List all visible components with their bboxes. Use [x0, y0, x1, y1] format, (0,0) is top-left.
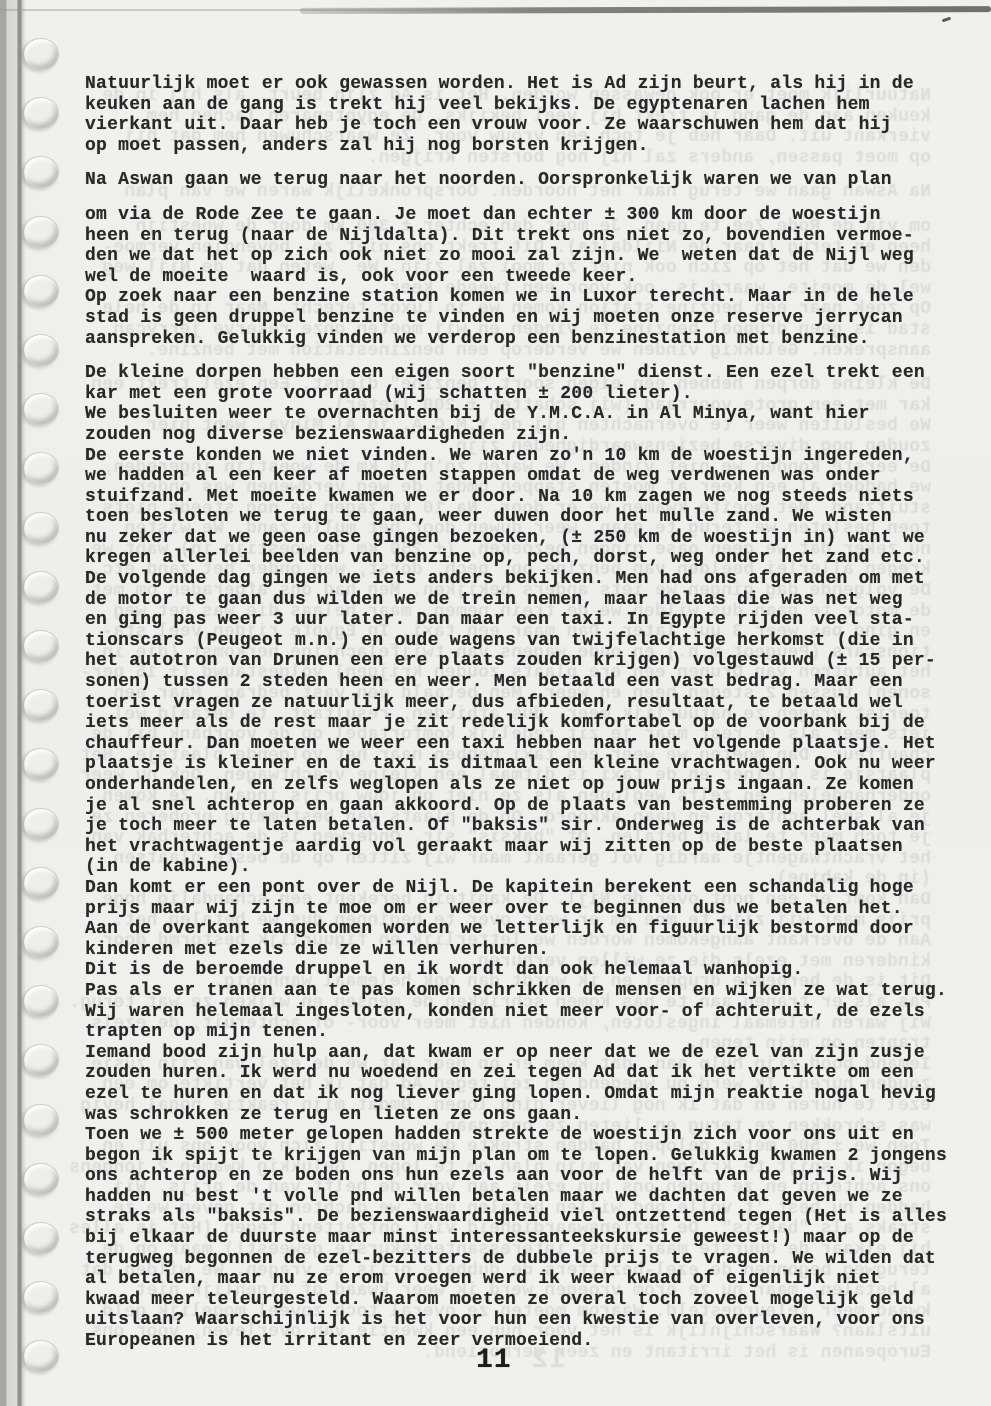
- text-line: kregen allerlei beelden van benzine op, …: [85, 548, 965, 569]
- text-line: stad is geen druppel benzine te vinden e…: [85, 308, 965, 329]
- text-line: hadden nu best 't volle pnd willen betal…: [85, 1187, 965, 1208]
- text-line: Op zoek naar een benzine station komen w…: [85, 287, 965, 308]
- binder-hole: [23, 1104, 59, 1136]
- text-line: was schrokken ze terug en lieten ze ons …: [85, 1105, 965, 1126]
- text-line: toen besloten we terug te gaan, weer duw…: [85, 507, 965, 528]
- text-line: prijs maar wij zijn te moe om er weer ov…: [85, 899, 965, 920]
- blank-line: [85, 349, 965, 363]
- binder-hole: [23, 571, 59, 603]
- text-line: chauffeur. Dan moeten we weer een taxi h…: [85, 734, 965, 755]
- text-line: Dit is de beroemde druppel en ik wordt d…: [85, 960, 965, 981]
- binder-hole: [23, 275, 59, 307]
- page-number: 11: [476, 1346, 512, 1376]
- typewritten-text: Natuurlijk moet er ook gewassen worden. …: [85, 74, 965, 1352]
- text-line: ezel te huren en dat ik nog liever ging …: [85, 1084, 965, 1105]
- text-line: Na Aswan gaan we terug naar het noorden.…: [85, 170, 965, 191]
- text-line: het vrachtwagentje aardig vol geraakt ma…: [85, 837, 965, 858]
- binder-hole: [23, 393, 59, 425]
- text-line: (in de kabine).: [85, 857, 965, 878]
- text-line: je toch meer te laten betalen. Of "baksi…: [85, 816, 965, 837]
- text-line: Europeanen is het irritant en zeer vermo…: [85, 1331, 965, 1352]
- text-line: nu zeker dat we geen oase gingen bezoeke…: [85, 528, 965, 549]
- scanned-page: Natuurlijk moet er ook gewassen worden. …: [0, 0, 991, 1406]
- text-line: aanspreken. Gelukkig vinden we verderop …: [85, 329, 965, 350]
- binder-hole: [23, 748, 59, 780]
- binder-holes: [23, 0, 63, 1406]
- text-line: plaatsje is kleiner en de taxi is ditmaa…: [85, 754, 965, 775]
- text-line: sonen) tussen 2 steden heen en weer. Men…: [85, 672, 965, 693]
- text-line: Iemand bood zijn hulp aan, dat kwam er o…: [85, 1043, 965, 1064]
- text-line: Natuurlijk moet er ook gewassen worden. …: [85, 74, 965, 95]
- text-line: keuken aan de gang is trekt hij veel bek…: [85, 95, 965, 116]
- binder-hole: [23, 808, 59, 840]
- text-line: De kleine dorpen hebben een eigen soort …: [85, 363, 965, 384]
- text-line: toerist vragen ze natuurlijk meer, dus a…: [85, 693, 965, 714]
- text-line: Pas als er tranen aan te pas komen schri…: [85, 981, 965, 1002]
- binder-hole: [23, 867, 59, 899]
- binder-hole: [23, 630, 59, 662]
- text-line: bij elkaar de duurste maar minst interes…: [85, 1228, 965, 1249]
- text-line: De eerste konden we niet vinden. We ware…: [85, 446, 965, 467]
- text-line: uitslaan? Waarschijnlijk is het voor hun…: [85, 1310, 965, 1331]
- binder-hole: [23, 985, 59, 1017]
- text-line: op moet passen, anders zal hij nog borst…: [85, 136, 965, 157]
- text-line: het autotron van Drunen een ere plaats z…: [85, 651, 965, 672]
- binder-hole: [23, 97, 59, 129]
- text-line: ons achterop en ze boden ons hun ezels a…: [85, 1166, 965, 1187]
- text-line: en ging pas weer 3 uur later. Dan maar e…: [85, 610, 965, 631]
- binder-hole: [23, 1044, 59, 1076]
- scan-top-edge-shadow: [300, 6, 991, 14]
- text-line: Toen we ± 500 meter gelopen hadden strek…: [85, 1125, 965, 1146]
- binder-hole: [23, 334, 59, 366]
- scan-left-edge: [0, 0, 26, 1406]
- binder-hole: [23, 156, 59, 188]
- text-line: wel de moeite waard is, ook voor een twe…: [85, 267, 965, 288]
- text-line: Aan de overkant aangekomen worden we let…: [85, 919, 965, 940]
- binder-hole: [23, 1222, 59, 1254]
- text-line: den we dat het op zich ook niet zo mooi …: [85, 246, 965, 267]
- text-line: heen en terug (naar de Nijldalta). Dit t…: [85, 226, 965, 247]
- text-line: De volgende dag gingen we iets anders be…: [85, 569, 965, 590]
- text-line: Dan komt er een pont over de Nijl. De ka…: [85, 878, 965, 899]
- binder-hole: [23, 452, 59, 484]
- text-line: trapten op mijn tenen.: [85, 1022, 965, 1043]
- text-line: zouden nog diverse bezienswaardigheden z…: [85, 425, 965, 446]
- text-line: kwaad meer teleurgesteld. Waarom moeten …: [85, 1290, 965, 1311]
- binder-hole: [23, 512, 59, 544]
- text-line: al betalen, maar nu ze erom vroegen werd…: [85, 1269, 965, 1290]
- text-line: zouden huren. Ik werd nu woedend en zei …: [85, 1063, 965, 1084]
- binder-hole: [23, 1163, 59, 1195]
- binder-hole: [23, 38, 59, 70]
- binder-hole: [23, 926, 59, 958]
- text-line: terugweg begonnen de ezel-bezitters de d…: [85, 1249, 965, 1270]
- text-line: begon ik spijt te krijgen van mijn plan …: [85, 1146, 965, 1167]
- binder-hole: [23, 689, 59, 721]
- text-line: kar met een grote voorraad (wij schatten…: [85, 384, 965, 405]
- text-line: de motor te gaan dus wilden we de trein …: [85, 590, 965, 611]
- text-line: We besluiten weer te overnachten bij de …: [85, 404, 965, 425]
- scan-speck: [942, 17, 951, 23]
- binder-hole: [23, 216, 59, 248]
- text-line: straks als "baksis". De bezienswaardighe…: [85, 1207, 965, 1228]
- blank-line: [85, 191, 965, 205]
- text-line: je al snel achterop en gaan akkoord. Op …: [85, 796, 965, 817]
- text-line: onderhandelen, en zelfs weglopen als ze …: [85, 775, 965, 796]
- text-line: tionscars (Peugeot m.n.) en oude wagens …: [85, 631, 965, 652]
- binder-hole: [23, 1340, 59, 1372]
- text-line: om via de Rode Zee te gaan. Je moet dan …: [85, 205, 965, 226]
- text-line: Wij waren helemaal ingesloten, konden ni…: [85, 1002, 965, 1023]
- text-line: we hadden al een keer af moeten stappen …: [85, 466, 965, 487]
- text-line: vierkant uit. Daar heb je toch een vrouw…: [85, 115, 965, 136]
- text-line: iets meer als de rest maar je zit redeli…: [85, 713, 965, 734]
- text-line: stuifzand. Met moeite kwamen we er door.…: [85, 487, 965, 508]
- blank-line: [85, 156, 965, 170]
- text-line: kinderen met ezels die ze willen verhure…: [85, 940, 965, 961]
- binder-hole: [23, 1281, 59, 1313]
